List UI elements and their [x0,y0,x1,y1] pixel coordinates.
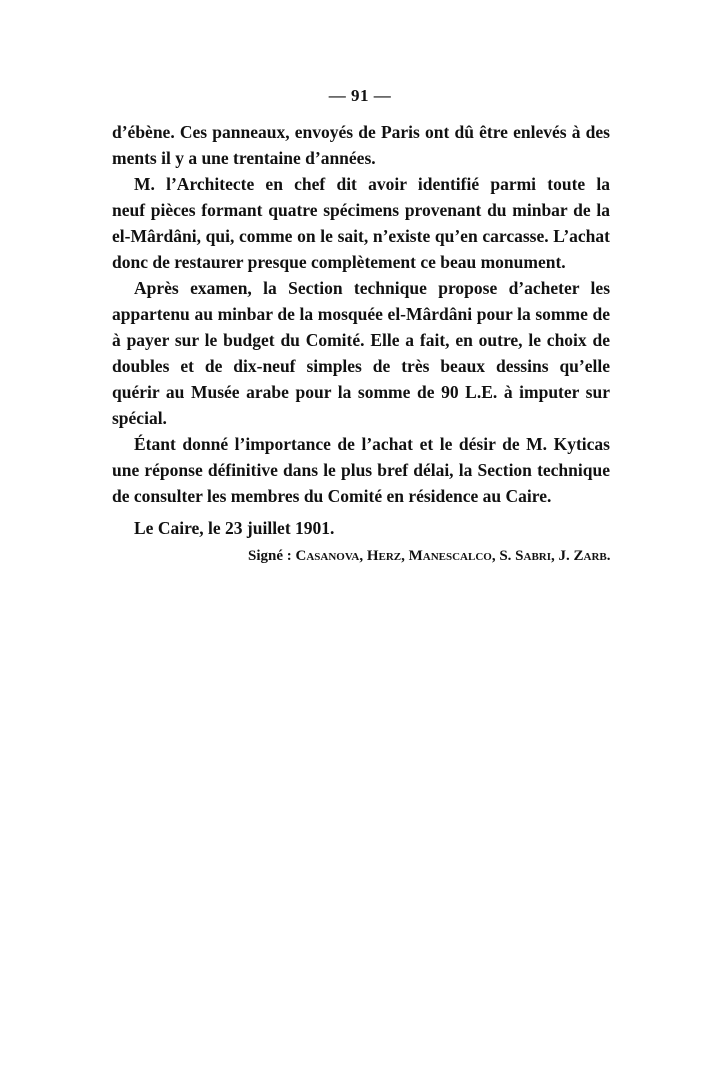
text-line: doubles et de dix-neuf simples de très b… [112,353,610,379]
text-line: Étant donné l’importance de l’achat et l… [112,431,610,457]
text-line: appartenu au minbar de la mosquée el-Mâr… [112,301,610,327]
text-line: Après examen, la Section technique propo… [112,275,610,301]
body-text: d’ébène. Ces panneaux, envoyés de Paris … [112,119,610,569]
signatory-names: Casanova, Herz, Manescalco, S. Sabri, J.… [296,548,611,564]
page-number: — 91 — [0,86,720,106]
text-line: donc de restaurer presque complètement c… [112,249,610,275]
text-line: de consulter les membres du Comité en ré… [112,483,610,509]
signature-line: Signé : Casanova, Herz, Manescalco, S. S… [248,543,610,569]
text-line: neuf pièces formant quatre spécimens pro… [112,197,610,223]
text-line: quérir au Musée arabe pour la somme de 9… [112,379,610,405]
text-line: une réponse définitive dans le plus bref… [112,457,610,483]
text-line: ments il y a une trentaine d’années. [112,145,610,171]
text-line: el-Mârdâni, qui, comme on le sait, n’exi… [112,223,610,249]
text-line: M. l’Architecte en chef dit avoir identi… [112,171,610,197]
dateline: Le Caire, le 23 juillet 1901. [112,515,610,541]
text-line: à payer sur le budget du Comité. Elle a … [112,327,610,353]
signature-prefix: Signé : [248,548,296,564]
text-line: spécial. [112,405,610,431]
document-page: — 91 — d’ébène. Ces panneaux, envoyés de… [0,0,720,1082]
text-line: d’ébène. Ces panneaux, envoyés de Paris … [112,119,610,145]
